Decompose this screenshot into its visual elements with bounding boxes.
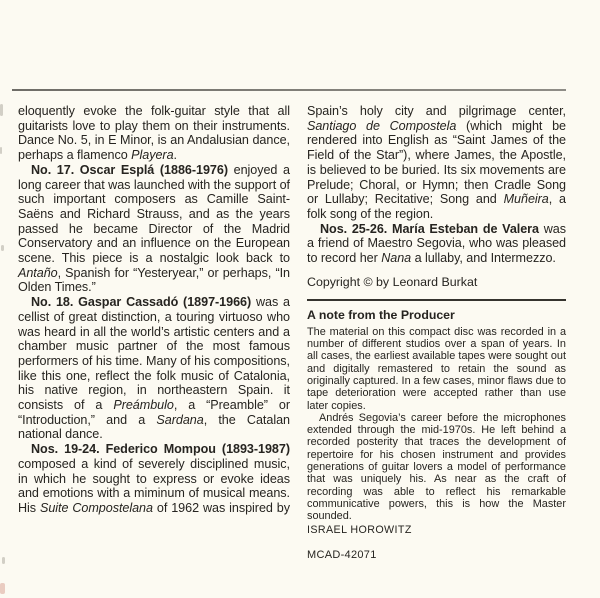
paragraph: The material on this compact disc was re…: [307, 326, 566, 412]
scan-edge-line: [12, 89, 566, 91]
text-run: Nos. 25-26. María Esteban de Valera: [320, 222, 544, 236]
scan-smudge: [1, 245, 4, 251]
text-run: a lullaby, and Intermezzo.: [411, 251, 556, 265]
producer-signature: ISRAEL HOROWITZ: [307, 524, 566, 536]
paragraph: eloquently evoke the folk-guitar style t…: [18, 104, 290, 163]
text-run: Sardana: [156, 413, 203, 427]
scan-smudge: [2, 557, 5, 564]
text-run: No. 17. Oscar Esplá (1886-1976): [31, 163, 234, 177]
text-run: Santiago de Compostela: [307, 119, 456, 133]
paragraph: Andrés Segovia’s career before the micro…: [307, 412, 566, 523]
scan-smudge: [0, 147, 2, 154]
text-run: Andrés Segovia’s career before the micro…: [307, 412, 566, 522]
left-column-text: eloquently evoke the folk-guitar style t…: [18, 104, 290, 516]
text-run: Suite Compostelana: [40, 501, 153, 515]
producer-note-text: The material on this compact disc was re…: [307, 326, 566, 523]
text-run: Nana: [381, 251, 411, 265]
producer-note-divider: [307, 299, 566, 301]
text-run: of 1962 was inspired by: [153, 501, 290, 515]
text-run: enjoyed a long career that was launched …: [18, 163, 290, 265]
text-run: , Spanish for “Yesteryear,” or perhaps, …: [18, 266, 290, 295]
text-run: Antaño: [18, 266, 58, 280]
text-run: The material on this compact disc was re…: [307, 326, 566, 412]
text-run: Nos. 19-24. Federico Mompou (1893-1987): [31, 442, 290, 456]
paragraph: Spain’s holy city and pilgrimage center,…: [307, 104, 566, 222]
scan-smudge: [0, 104, 3, 116]
text-run: Spain’s holy city and pilgrimage center,: [307, 104, 566, 118]
booklet-page: eloquently evoke the folk-guitar style t…: [0, 0, 600, 598]
right-column: Spain’s holy city and pilgrimage center,…: [307, 104, 566, 561]
producer-note-heading: A note from the Producer: [307, 308, 566, 322]
text-run: .: [174, 148, 177, 162]
text-run: No. 18. Gaspar Cassadó (1897-1966): [31, 295, 256, 309]
text-run: Preámbulo: [113, 398, 173, 412]
text-run: Playera: [131, 148, 173, 162]
right-column-text: Spain’s holy city and pilgrimage center,…: [307, 104, 566, 266]
text-run: was a cellist of great distinction, a to…: [18, 295, 290, 412]
catalog-number: MCAD-42071: [307, 549, 566, 561]
scan-smudge: [0, 583, 5, 594]
left-column: eloquently evoke the folk-guitar style t…: [18, 104, 290, 516]
paragraph: No. 17. Oscar Esplá (1886-1976) enjoyed …: [18, 163, 290, 295]
copyright-line: Copyright © by Leonard Burkat: [307, 275, 566, 289]
text-run: Muñeira: [504, 192, 549, 206]
paragraph: Nos. 25-26. María Esteban de Valera was …: [307, 222, 566, 266]
paragraph: Nos. 19-24. Federico Mompou (1893-1987) …: [18, 442, 290, 516]
paragraph: No. 18. Gaspar Cassadó (1897-1966) was a…: [18, 295, 290, 442]
